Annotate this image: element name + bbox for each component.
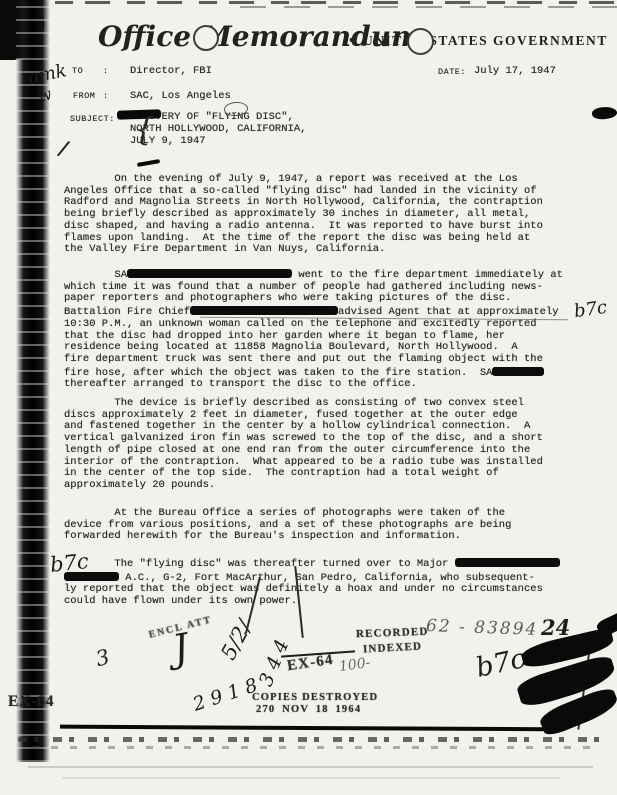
scan-edge-noise [18, 737, 610, 742]
redaction-bar [455, 558, 560, 567]
ex64-stamp: EX-64 [8, 693, 54, 711]
recorded-stamp: RECORDED [356, 626, 429, 641]
from-colon: : [103, 91, 109, 101]
typewriter-text: residence being located at 11858 Magnoli… [64, 341, 518, 353]
from-value: SAC, Los Angeles [130, 90, 231, 102]
handwritten-number: 100- [338, 655, 371, 675]
redaction-bar [127, 269, 292, 278]
typewriter-text: forwarded herewith for the Bureau's insp… [64, 530, 461, 542]
scan-edge-noise [32, 746, 592, 749]
body-paragraph: SA went to the fire department immediate… [64, 268, 569, 391]
handwritten-b7c-exemption: b7c [49, 549, 90, 577]
typewriter-text: being briefly described as approximately… [64, 208, 530, 220]
typewriter-text: that the disc had dropped into her garde… [64, 330, 505, 342]
to-colon: : [103, 66, 109, 76]
body-paragraph: The "flying disc" was thereafter turned … [64, 557, 569, 608]
letterhead-org-title: UNITED STATES GOVERNMENT [363, 33, 608, 49]
typewriter-text: The device is briefly described as consi… [64, 397, 524, 409]
bottom-rule [60, 725, 563, 732]
typewriter-text: interior of the contraption. What appear… [64, 456, 543, 468]
subject-label: SUBJECT: [70, 114, 115, 124]
typewriter-text: fire department truck was sent there and… [64, 353, 543, 365]
typewriter-text: discs approximately 2 feet in diameter, … [64, 409, 518, 421]
typewriter-text: went to the fire department immediately … [292, 269, 563, 281]
ink-smudge [591, 105, 617, 120]
to-value: Director, FBI [130, 65, 212, 77]
body-paragraph: On the evening of July 9, 1947, a report… [64, 174, 569, 256]
subject-line: NORTH HOLLYWOOD, CALIFORNIA, [130, 123, 306, 135]
redaction-bar [492, 367, 544, 376]
typewriter-text: and fastened together in the center by a… [64, 420, 530, 432]
handwritten-brace: { [133, 110, 155, 149]
typewriter-text: disc shaped, and having a radio antenna.… [64, 220, 543, 232]
hole-punch-icon [193, 25, 219, 51]
typewriter-text: At the Bureau Office a series of photogr… [64, 507, 505, 519]
typewriter-text: Angeles Office that a so-called "flying … [64, 185, 537, 197]
date-value: July 17, 1947 [474, 65, 556, 77]
typewriter-text: On the evening of July 9, 1947, a report… [64, 173, 518, 185]
scan-edge-noise [62, 777, 560, 779]
hole-punch-icon [407, 28, 434, 55]
typewriter-text: Radford and Magnolia Streets in North Ho… [64, 196, 543, 208]
typewriter-text: the Valley Fire Department in Van Nuys, … [64, 243, 385, 255]
indexed-stamp: INDEXED [363, 640, 423, 655]
letterhead-bullet: • [347, 32, 357, 50]
typewriter-text: A.C., G-2, Fort MacArthur, San Pedro, Ca… [119, 572, 535, 584]
redaction-bar [190, 306, 338, 315]
typewriter-text: length of pipe closed at one end ran fro… [64, 444, 530, 456]
typewriter-text: approximately 20 pounds. [64, 479, 215, 491]
typewriter-text: paper reporters and photographers who we… [64, 292, 511, 304]
body-paragraph: The device is briefly described as consi… [64, 398, 569, 492]
scan-binding-strip [16, 0, 50, 762]
to-label: TO [72, 66, 83, 76]
typewriter-text: thereafter arranged to transport the dis… [64, 378, 417, 390]
body-paragraph: At the Bureau Office a series of photogr… [64, 508, 569, 543]
from-label: FROM [73, 91, 95, 101]
memo-page: Office Memorandum • UNITED STATES GOVERN… [0, 0, 617, 795]
handwritten-file-number: 62 - 83894 [426, 616, 539, 640]
handwritten-scrawl: 3 [93, 645, 112, 672]
typewriter-text: flames upon landing. At the time of the … [64, 232, 530, 244]
typewriter-text: fire hose, after which the object was ta… [64, 367, 492, 379]
scan-edge-noise [240, 6, 617, 8]
typewriter-text: The "flying disc" was thereafter turned … [64, 558, 455, 570]
handwritten-b7c-exemption: b7c [573, 297, 609, 322]
handwritten-b7c-exemption: b7c [473, 643, 528, 684]
typewriter-text: vertical galvanized iron fin was screwed… [64, 432, 543, 444]
typewriter-text: ly reported that the object was definite… [64, 583, 543, 595]
ink-smudge [137, 159, 160, 167]
typewriter-text: Battalion Fire Chief [64, 306, 190, 318]
date-label: DATE: [438, 67, 466, 77]
handwritten-scrawl: 2 9 1 8 [190, 674, 260, 715]
scan-edge-noise [55, 1, 617, 4]
typewriter-text: which time it was found that a number of… [64, 281, 543, 293]
handwritten-slash: / [58, 136, 70, 161]
typewriter-text: could have flown under its own power. [64, 595, 297, 607]
copies-destroyed-stamp: COPIES DESTROYED [252, 692, 378, 703]
copies-destroyed-date-stamp: 270 NOV 18 1964 [256, 704, 361, 715]
typewriter-text: advised Agent that at approximately [338, 306, 559, 318]
scan-edge-noise [28, 766, 593, 768]
typewriter-text: SA [64, 269, 127, 281]
handwritten-scrawl: 5/2/ [216, 616, 256, 663]
typewriter-text: in the center of the top side. The contr… [64, 467, 499, 479]
typewriter-text: device from various positions, and a set… [64, 519, 511, 531]
